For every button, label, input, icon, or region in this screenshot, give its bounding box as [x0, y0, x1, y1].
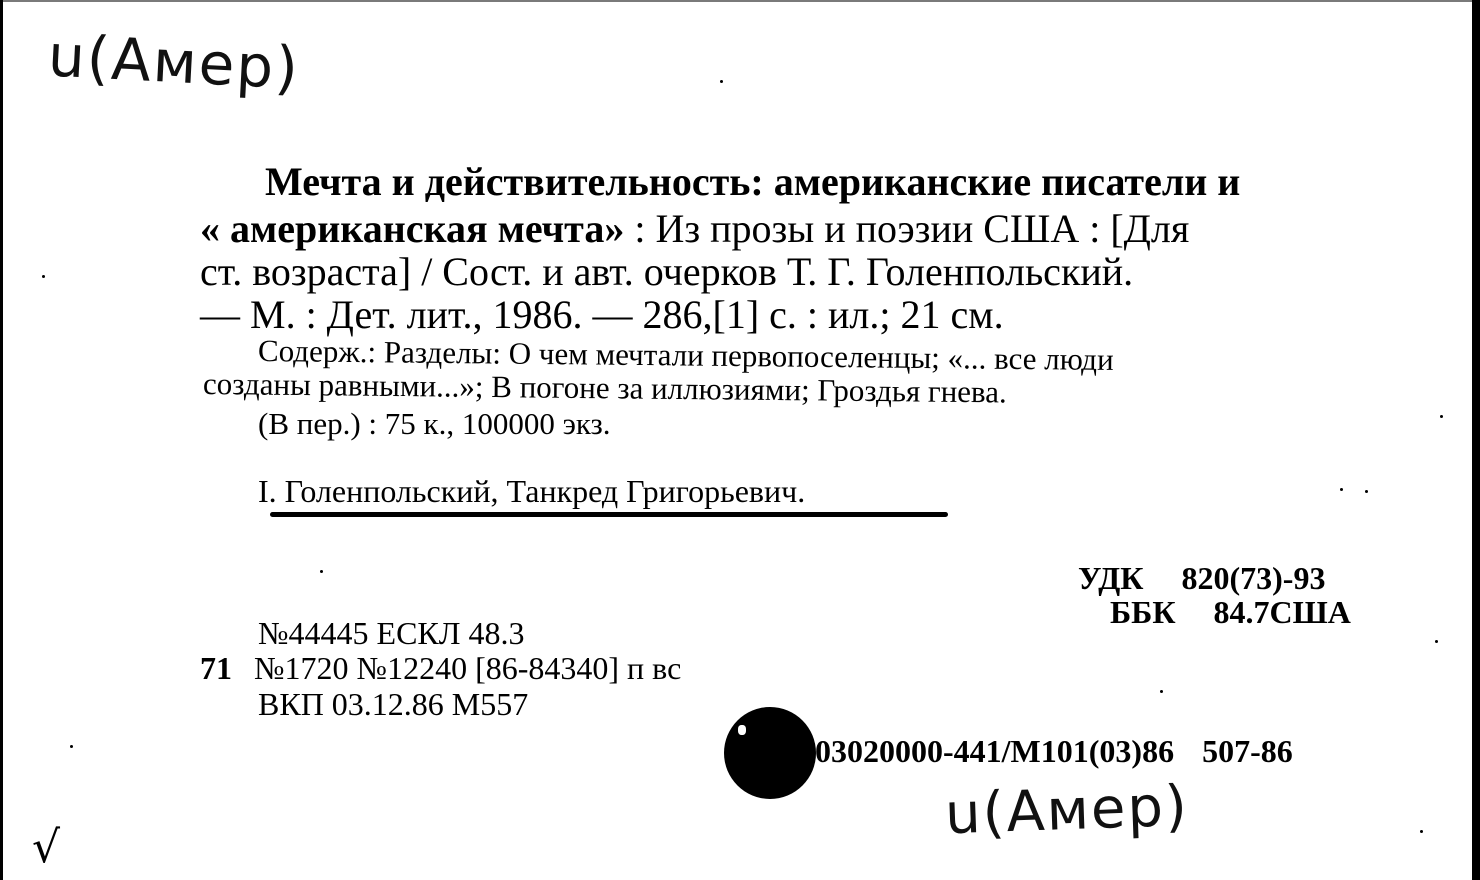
speck — [320, 570, 323, 573]
title-line-1: Мечта и действительность: американские п… — [265, 160, 1240, 204]
checkmark-icon: √ — [32, 822, 60, 873]
catalog-code-line: 03020000-441/М101(03)86507-86 — [815, 733, 1293, 770]
punch-hole — [724, 707, 816, 799]
author-entry: I. Голенпольский, Танкред Григорьевич. — [258, 473, 805, 510]
udk-value: 820(73)-93 — [1181, 560, 1325, 597]
bbk-value: 84.7США — [1214, 594, 1351, 631]
speck — [1435, 640, 1438, 643]
speck — [1365, 490, 1368, 493]
title-line-3: ст. возраста] / Сост. и авт. очерков Т. … — [200, 250, 1133, 294]
handwritten-shelf-mark-top: u(Амер) — [46, 21, 301, 102]
speck — [1340, 488, 1343, 491]
registry-line-1: №44445 ЕСКЛ 48.3 — [258, 615, 524, 652]
registry-prefix: 71 — [200, 650, 232, 686]
catalog-number: 507-86 — [1202, 733, 1293, 769]
card-edge-top — [0, 0, 1480, 2]
binding-price: (В пер.) : 75 к., 100000 экз. — [258, 408, 611, 440]
handwritten-shelf-mark-bottom: u(Амер) — [944, 774, 1190, 847]
speck — [1440, 415, 1443, 418]
bbk-classification: ББК84.7США — [1110, 594, 1351, 631]
speck — [70, 745, 73, 748]
speck — [1420, 830, 1423, 833]
bbk-label: ББК — [1110, 594, 1176, 631]
udk-classification: УДК820(73)-93 — [1078, 560, 1325, 597]
card-edge-right — [1472, 0, 1480, 880]
registry-line-3: ВКП 03.12.86 М557 — [258, 686, 528, 723]
imprint-line: — М. : Дет. лит., 1986. — 286,[1] с. : и… — [200, 293, 1004, 337]
udk-label: УДК — [1078, 560, 1143, 597]
speck — [1160, 690, 1163, 693]
author-underline — [270, 512, 948, 517]
contents-line-2: созданы равными...»; В погоне за иллюзия… — [203, 368, 1007, 408]
title-line-2: « американская мечта» : Из прозы и поэзи… — [200, 207, 1189, 251]
card-edge-left — [0, 0, 3, 880]
catalog-code: 03020000-441/М101(03)86 — [815, 733, 1174, 769]
speck — [42, 275, 45, 278]
speck — [720, 80, 723, 83]
registry-line-2: 71№1720 №12240 [86-84340] п вс — [200, 650, 681, 687]
